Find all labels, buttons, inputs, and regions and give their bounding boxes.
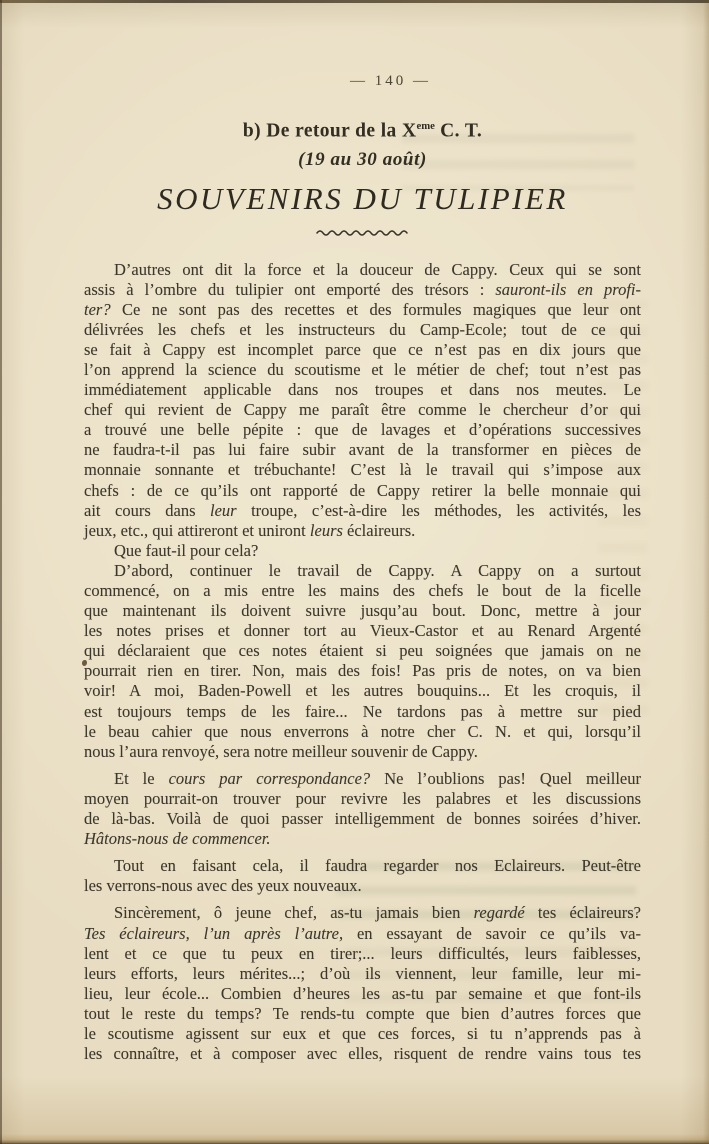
paragraph: D’abord, continuer le travail de Cappy. … bbox=[84, 561, 641, 762]
text-run: que maintenant ils doivent suivre jusqu’… bbox=[84, 601, 641, 620]
text-line: que maintenant ils doivent suivre jusqu’… bbox=[84, 601, 641, 621]
text-line: D’abord, continuer le travail de Cappy. … bbox=[84, 561, 641, 581]
text-run: jeux, etc., qui attireront et uniront bbox=[84, 521, 310, 540]
text-run: assis à l’ombre du tulipier ont emporté … bbox=[84, 280, 495, 299]
text-line: ne faudra-t-il pas lui faire subir avant… bbox=[84, 440, 641, 460]
text-run: Ne l’oublions pas! Quel meilleur bbox=[370, 769, 641, 788]
text-run: , en essayant de savoir ce qu’ils va- bbox=[339, 924, 641, 943]
text-run: de là-bas. Voilà de quoi passer intellig… bbox=[84, 809, 641, 828]
text-line: D’autres ont dit la force et la douceur … bbox=[84, 260, 641, 280]
text-run: délivrées les chefs et les instructeurs … bbox=[84, 320, 641, 339]
text-run: immédiatement applicable dans nos troupe… bbox=[84, 380, 641, 399]
page-number: — 140 — bbox=[112, 72, 669, 90]
text-line: leurs efforts, leurs mérites...; d’où il… bbox=[84, 964, 641, 984]
text-line: qui déclaraient que ces notes étaient si… bbox=[84, 641, 641, 661]
text-line: lieu, leur école... Combien d’heures les… bbox=[84, 984, 641, 1004]
text-line: pourrait rien en tirer. Non, mais des fo… bbox=[84, 661, 641, 681]
text-run: Tout en faisant cela, il faudra regarder… bbox=[114, 856, 641, 875]
page-top-edge bbox=[0, 0, 709, 3]
text-line: nous l’aura renvoyé, sera notre meilleur… bbox=[84, 742, 641, 762]
text-line: délivrées les chefs et les instructeurs … bbox=[84, 320, 641, 340]
text-line: chefs : de ce qu’ils ont rapporté de Cap… bbox=[84, 481, 641, 501]
text-run: le beau cahier que nous enverrons à notr… bbox=[84, 722, 641, 741]
text-run: Et le bbox=[114, 769, 169, 788]
text-run: chefs : de ce qu’ils ont rapporté de Cap… bbox=[84, 481, 641, 500]
page-content: — 140 — b) De retour de la Xeme C. T. (1… bbox=[84, 0, 641, 1064]
text-run: lieu, leur école... Combien d’heures les… bbox=[84, 984, 641, 1003]
text-line: est toujours temps de les faire... Ne ta… bbox=[84, 702, 641, 722]
text-run: éclaireurs. bbox=[343, 521, 415, 540]
text-line: commencé, on a mis entre les mains des c… bbox=[84, 581, 641, 601]
text-line: se fait à Cappy est incomplet parce que … bbox=[84, 340, 641, 360]
text-run: les notes prises et donner tort au Vieux… bbox=[84, 621, 641, 640]
text-run: Sincèrement, ô jeune chef, as-tu jamais … bbox=[114, 903, 474, 922]
text-line: lent et ce que tu peux en tirer;... leur… bbox=[84, 944, 641, 964]
italic-run: regardé bbox=[474, 903, 525, 922]
text-line: ait cours dans leur troupe, c’est-à-dire… bbox=[84, 501, 641, 521]
italic-run: Tes éclaireurs, l’un après l’autre bbox=[84, 924, 339, 943]
wavy-rule-ornament bbox=[84, 226, 641, 238]
page-left-edge bbox=[0, 0, 2, 1144]
text-run: ne faudra-t-il pas lui faire subir avant… bbox=[84, 440, 641, 459]
text-run: tout le reste du temps? Te rends-tu comp… bbox=[84, 1004, 641, 1023]
italic-run: leurs bbox=[310, 521, 343, 540]
text-line: moyen pourrait-on trouver pour revivre l… bbox=[84, 789, 641, 809]
text-run: ait cours dans bbox=[84, 501, 210, 520]
article-title: SOUVENIRS DU TULIPIER bbox=[84, 180, 641, 218]
text-line: chef qui revient de Cappy me paraît être… bbox=[84, 400, 641, 420]
text-run: tes éclaireurs? bbox=[525, 903, 641, 922]
text-run: l’on apprend la science du scoutisme et … bbox=[84, 360, 641, 379]
italic-run: leur bbox=[210, 501, 237, 520]
paragraph: Tout en faisant cela, il faudra regarder… bbox=[84, 856, 641, 896]
text-run: chef qui revient de Cappy me paraît être… bbox=[84, 400, 641, 419]
section-heading-text: C. T. bbox=[435, 121, 482, 142]
text-run: troupe, c’est-à-dire les méthodes, les a… bbox=[237, 501, 641, 520]
text-run: Ce ne sont pas des recettes et des formu… bbox=[111, 300, 641, 319]
text-line: assis à l’ombre du tulipier ont emporté … bbox=[84, 280, 641, 300]
text-line: Et le cours par correspondance? Ne l’oub… bbox=[84, 769, 641, 789]
text-run: leurs efforts, leurs mérites...; d’où il… bbox=[84, 964, 641, 983]
text-run: Que faut-il pour cela? bbox=[114, 541, 258, 560]
text-line: les notes prises et donner tort au Vieux… bbox=[84, 621, 641, 641]
text-line: les connaître, et à composer avec elles,… bbox=[84, 1044, 641, 1064]
text-line: l’on apprend la science du scoutisme et … bbox=[84, 360, 641, 380]
text-line: ter? Ce ne sont pas des recettes et des … bbox=[84, 300, 641, 320]
paragraph: D’autres ont dit la force et la douceur … bbox=[84, 260, 641, 541]
heading-superscript: eme bbox=[416, 120, 434, 132]
text-run: a trouvé une belle pépite : que de lavag… bbox=[84, 420, 641, 439]
text-line: le beau cahier que nous enverrons à notr… bbox=[84, 722, 641, 742]
section-heading: b) De retour de la Xeme C. T. bbox=[84, 114, 641, 144]
text-run: D’autres ont dit la force et la douceur … bbox=[114, 260, 641, 279]
italic-run: cours par correspondance? bbox=[169, 769, 371, 788]
text-run: commencé, on a mis entre les mains des c… bbox=[84, 581, 641, 600]
text-run: est toujours temps de les faire... Ne ta… bbox=[84, 702, 641, 721]
italic-run: Hâtons-nous de commencer. bbox=[84, 829, 271, 848]
text-run: le scoutisme agissent sur eux et que ces… bbox=[84, 1024, 641, 1043]
italic-run: ter? bbox=[84, 300, 111, 319]
text-run: nous l’aura renvoyé, sera notre meilleur… bbox=[84, 742, 478, 761]
section-heading-text: b) De retour de la X bbox=[243, 121, 417, 142]
text-line: Tes éclaireurs, l’un après l’autre, en e… bbox=[84, 924, 641, 944]
text-line: monnaie sonnante et trébuchante! C’est l… bbox=[84, 460, 641, 480]
text-line: les verrons-nous avec des yeux nouveaux. bbox=[84, 876, 641, 896]
text-line: Que faut-il pour cela? bbox=[84, 541, 641, 561]
text-run: moyen pourrait-on trouver pour revivre l… bbox=[84, 789, 641, 808]
scanned-book-page: — 140 — b) De retour de la Xeme C. T. (1… bbox=[0, 0, 709, 1144]
text-run: qui déclaraient que ces notes étaient si… bbox=[84, 641, 641, 660]
italic-run: sauront-ils en profi- bbox=[495, 280, 641, 299]
text-line: immédiatement applicable dans nos troupe… bbox=[84, 380, 641, 400]
text-line: jeux, etc., qui attireront et uniront le… bbox=[84, 521, 641, 541]
text-line: a trouvé une belle pépite : que de lavag… bbox=[84, 420, 641, 440]
squiggle-icon bbox=[315, 226, 411, 238]
text-run: se fait à Cappy est incomplet parce que … bbox=[84, 340, 641, 359]
text-run: les verrons-nous avec des yeux nouveaux. bbox=[84, 876, 362, 895]
text-line: de là-bas. Voilà de quoi passer intellig… bbox=[84, 809, 641, 829]
text-run: voir! A moi, Baden-Powell et les autres … bbox=[84, 681, 641, 700]
text-run: lent et ce que tu peux en tirer;... leur… bbox=[84, 944, 641, 963]
paragraph: Et le cours par correspondance? Ne l’oub… bbox=[84, 769, 641, 849]
text-run: les connaître, et à composer avec elles,… bbox=[84, 1044, 641, 1063]
date-range: (19 au 30 août) bbox=[84, 148, 641, 172]
page-right-edge bbox=[703, 0, 709, 1144]
body-text: D’autres ont dit la force et la douceur … bbox=[84, 260, 641, 1065]
text-line: tout le reste du temps? Te rends-tu comp… bbox=[84, 1004, 641, 1024]
text-line: le scoutisme agissent sur eux et que ces… bbox=[84, 1024, 641, 1044]
text-line: Hâtons-nous de commencer. bbox=[84, 829, 641, 849]
text-line: voir! A moi, Baden-Powell et les autres … bbox=[84, 681, 641, 701]
paragraph: Sincèrement, ô jeune chef, as-tu jamais … bbox=[84, 903, 641, 1064]
text-line: Sincèrement, ô jeune chef, as-tu jamais … bbox=[84, 903, 641, 923]
text-run: pourrait rien en tirer. Non, mais des fo… bbox=[84, 661, 641, 680]
page-bottom-edge bbox=[0, 1134, 709, 1144]
text-run: monnaie sonnante et trébuchante! C’est l… bbox=[84, 460, 641, 479]
text-run: D’abord, continuer le travail de Cappy. … bbox=[114, 561, 641, 580]
paragraph: Que faut-il pour cela? bbox=[84, 541, 641, 561]
text-line: Tout en faisant cela, il faudra regarder… bbox=[84, 856, 641, 876]
